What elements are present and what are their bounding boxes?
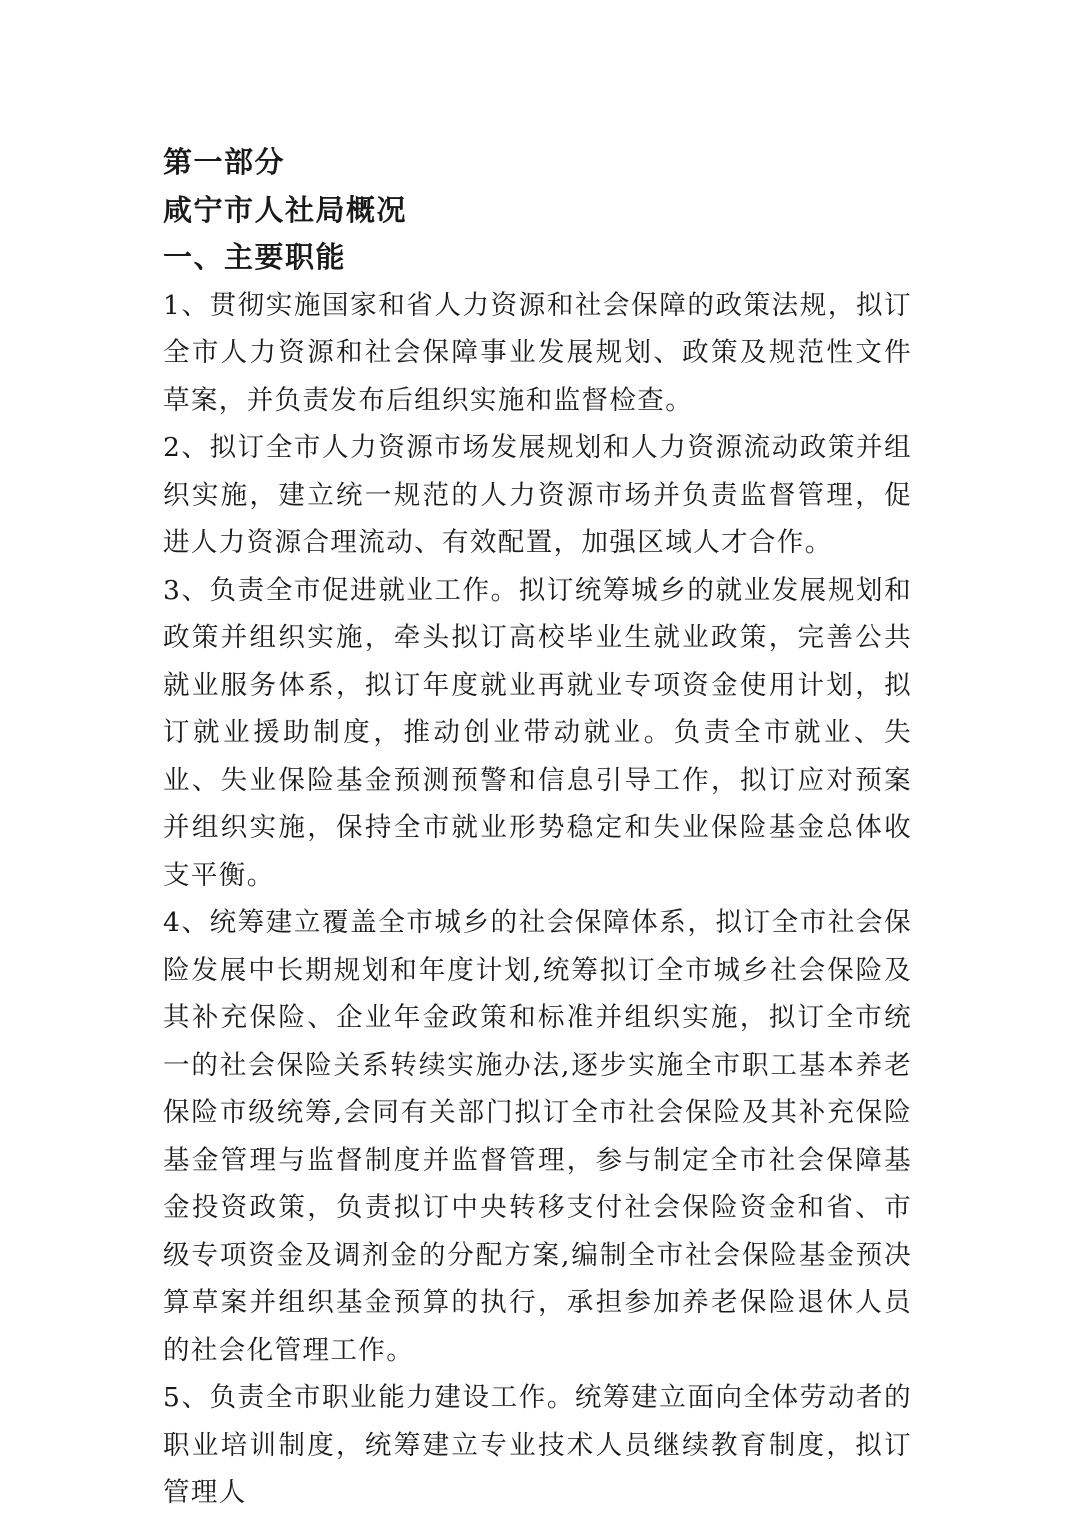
paragraph-function-4: 4、统筹建立覆盖全市城乡的社会保障体系，拟订全市社会保险发展中长期规划和年度计划…: [163, 899, 912, 1374]
paragraph-function-5: 5、负责全市职业能力建设工作。统筹建立面向全体劳动者的职业培训制度，统筹建立专业…: [163, 1374, 912, 1517]
paragraph-function-2: 2、拟订全市人力资源市场发展规划和人力资源流动政策并组织实施，建立统一规范的人力…: [163, 424, 912, 567]
document-page: 第一部分 咸宁市人社局概况 一、主要职能 1、贯彻实施国家和省人力资源和社会保障…: [0, 0, 1074, 1520]
heading-document-title: 咸宁市人社局概况: [163, 187, 912, 235]
heading-section-main-functions: 一、主要职能: [163, 234, 912, 282]
paragraph-function-1: 1、贯彻实施国家和省人力资源和社会保障的政策法规，拟订全市人力资源和社会保障事业…: [163, 282, 912, 425]
paragraph-function-3: 3、负责全市促进就业工作。拟订统筹城乡的就业发展规划和政策并组织实施，牵头拟订高…: [163, 567, 912, 900]
heading-part-number: 第一部分: [163, 139, 912, 187]
